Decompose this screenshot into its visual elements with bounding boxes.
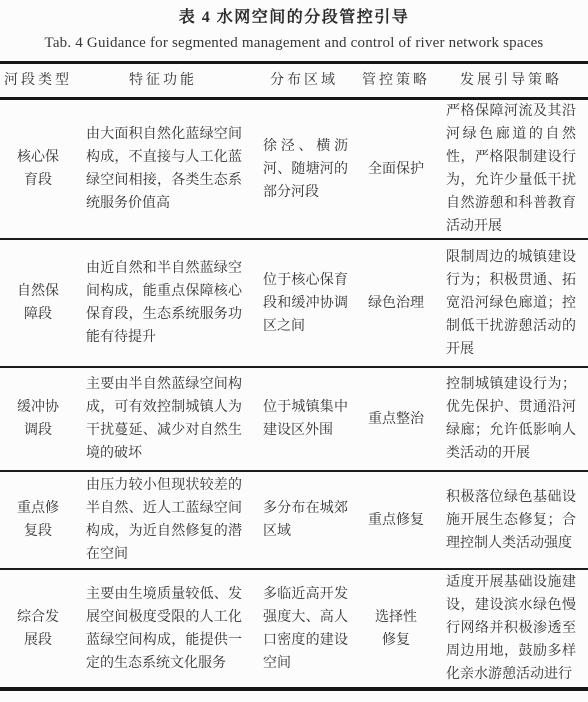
cell-control-strategy: 选择性 修复 — [358, 569, 434, 689]
cell-development-guidance: 控制城镇建设行为；优先保护、贯通沿河绿廊；允许低影响人类活动的开展 — [434, 367, 588, 471]
cell-feature-function: 由大面积自然化蓝绿空间构成，不直接与人工化蓝绿空间相接，各类生态系统服务价值高 — [76, 99, 250, 240]
cell-distribution-area: 徐泾、横沥河、随塘河的部分河段 — [250, 99, 358, 240]
header-river-type: 河段类型 — [0, 63, 76, 99]
table-header-row: 河段类型 特征功能 分布区域 管控策略 发展引导策略 — [0, 63, 588, 99]
cell-control-strategy: 重点整治 — [358, 367, 434, 471]
table-title-en: Tab. 4 Guidance for segmented management… — [0, 32, 588, 54]
header-distribution-area: 分布区域 — [250, 63, 358, 99]
cell-development-guidance: 限制周边的城镇建设行为；积极贯通、拓宽沿河绿色廊道；控制低干扰游憩活动的开展 — [434, 239, 588, 367]
table-row-natural-protection: 自然保障段 由近自然和半自然蓝绿空间构成，能重点保障核心保育段，生态系统服务功能… — [0, 239, 588, 367]
table-row-core-conservation: 核心保育段 由大面积自然化蓝绿空间构成，不直接与人工化蓝绿空间相接，各类生态系统… — [0, 99, 588, 240]
table-row-buffer-coordination: 缓冲协调段 主要由半自然蓝绿空间构成，可有效控制城镇人为干扰蔓延、减少对自然生境… — [0, 367, 588, 471]
cell-control-strategy: 全面保护 — [358, 99, 434, 240]
header-development-guidance: 发展引导策略 — [434, 63, 588, 99]
cell-development-guidance: 严格保障河流及其沿河绿色廊道的自然性，严格限制建设行为，允许少量低干扰自然游憩和… — [434, 99, 588, 240]
cell-development-guidance: 适度开展基础设施建设，建设滨水绿色慢行网络并积极渗透至周边用地，鼓励多样化亲水游… — [434, 569, 588, 689]
cell-river-type: 综合发展段 — [0, 569, 76, 689]
cell-river-type: 核心保育段 — [0, 99, 76, 240]
cell-river-type: 缓冲协调段 — [0, 367, 76, 471]
cell-development-guidance: 积极落位绿色基础设施开展生态修复；合理控制人类活动强度 — [434, 471, 588, 569]
header-feature-function: 特征功能 — [76, 63, 250, 99]
cell-feature-function: 由近自然和半自然蓝绿空间构成，能重点保障核心保育段，生态系统服务功能有待提升 — [76, 239, 250, 367]
cell-distribution-area: 位于城镇集中建设区外围 — [250, 367, 358, 471]
cell-feature-function: 主要由生境质量较低、发展空间极度受限的人工化蓝绿空间构成，能提供一定的生态系统文… — [76, 569, 250, 689]
cell-control-strategy: 重点修复 — [358, 471, 434, 569]
table-row-key-restoration: 重点修复段 由压力较小但现状较差的半自然、近人工蓝绿空间构成，为近自然修复的潜在… — [0, 471, 588, 569]
cell-feature-function: 由压力较小但现状较差的半自然、近人工蓝绿空间构成，为近自然修复的潜在空间 — [76, 471, 250, 569]
paper-table-figure: 表 4 水网空间的分段管控引导 Tab. 4 Guidance for segm… — [0, 0, 588, 702]
cell-distribution-area: 多分布在城郊区域 — [250, 471, 358, 569]
cell-feature-function: 主要由半自然蓝绿空间构成，可有效控制城镇人为干扰蔓延、减少对自然生境的破坏 — [76, 367, 250, 471]
cell-control-strategy: 绿色治理 — [358, 239, 434, 367]
header-control-strategy: 管控策略 — [358, 63, 434, 99]
cell-distribution-area: 位于核心保育段和缓冲协调区之间 — [250, 239, 358, 367]
cell-distribution-area: 多临近高开发强度大、高人口密度的建设空间 — [250, 569, 358, 689]
table-row-comprehensive-development: 综合发展段 主要由生境质量较低、发展空间极度受限的人工化蓝绿空间构成，能提供一定… — [0, 569, 588, 689]
segmented-control-table: 河段类型 特征功能 分布区域 管控策略 发展引导策略 核心保育段 由大面积自然化… — [0, 61, 588, 691]
cell-river-type: 重点修复段 — [0, 471, 76, 569]
table-title-zh: 表 4 水网空间的分段管控引导 — [0, 7, 588, 29]
cell-river-type: 自然保障段 — [0, 239, 76, 367]
